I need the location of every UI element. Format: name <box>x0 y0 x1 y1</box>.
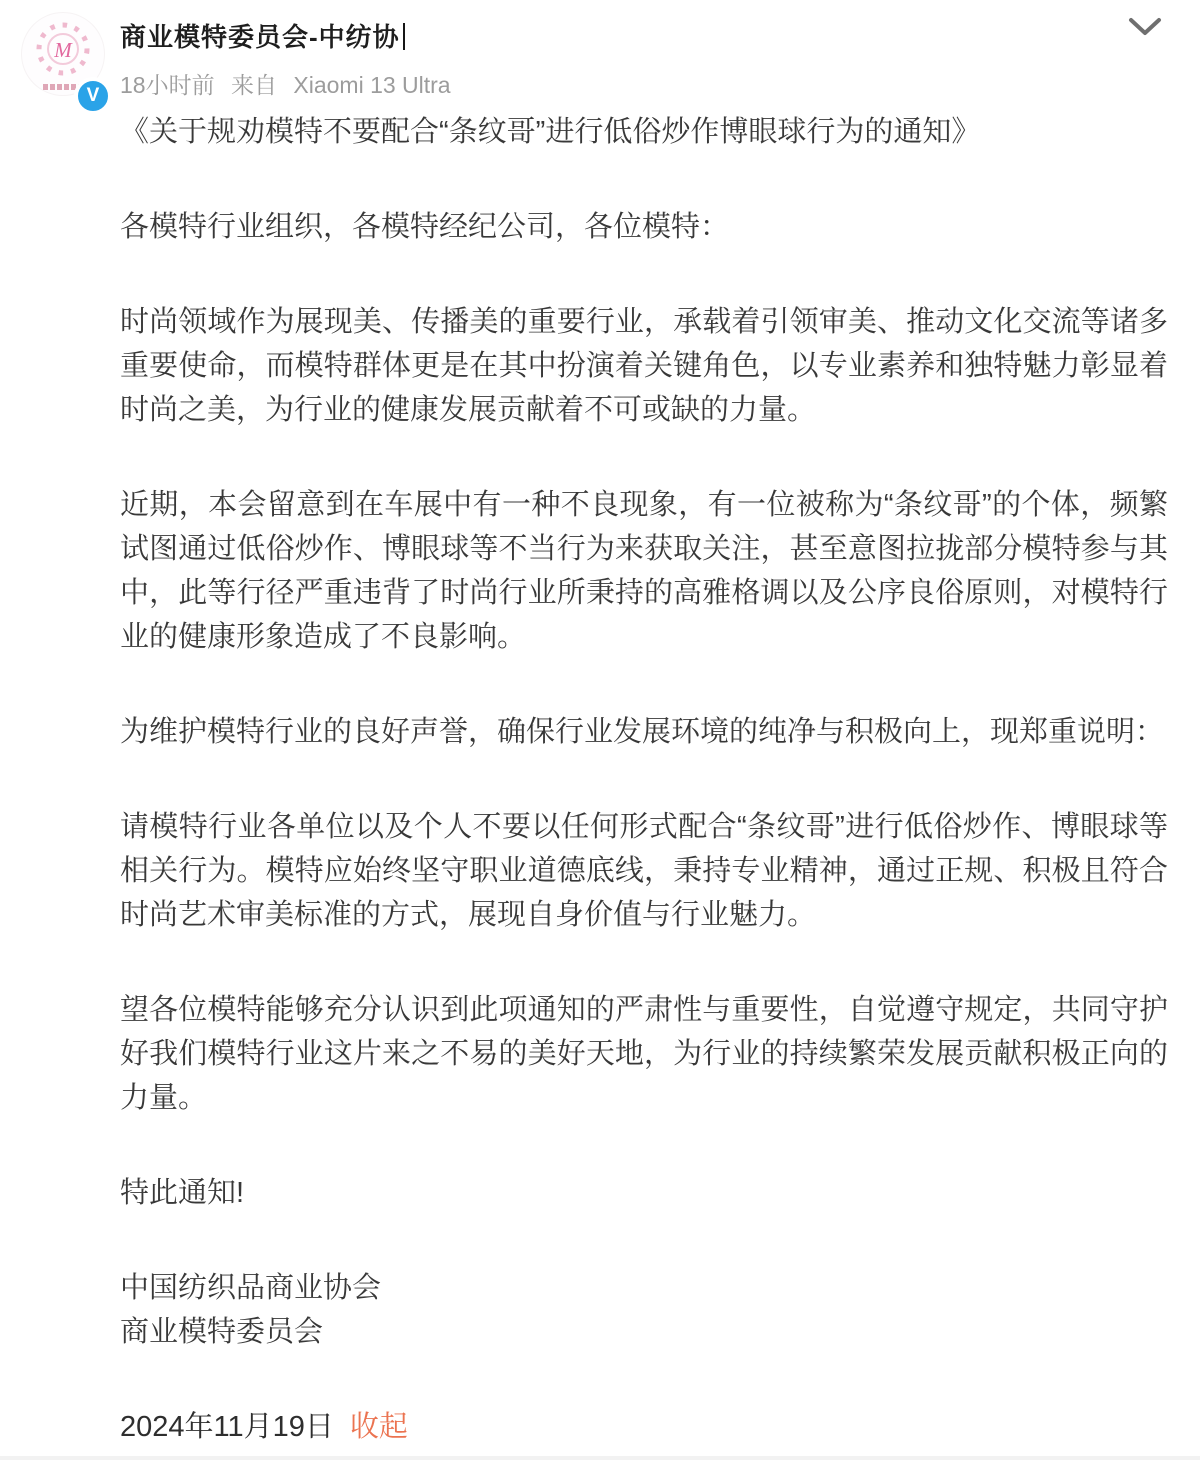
date-line: 2024年11月19日收起 <box>120 1405 1168 1449</box>
post-header: M V 商业模特委员会-中纺协 18小时前 来自 Xiaomi 13 Ultra <box>0 0 1200 110</box>
avatar-flower-logo: M <box>31 19 95 83</box>
username[interactable]: 商业模特委员会-中纺协 <box>120 17 405 54</box>
card-bottom-divider <box>0 1456 1200 1460</box>
source-label: 来自 <box>231 72 277 98</box>
chevron-down-icon[interactable] <box>1128 16 1162 38</box>
verified-badge-icon: V <box>74 77 112 115</box>
username-text: 商业模特委员会-中纺协 <box>120 22 400 52</box>
svg-text:M: M <box>53 38 73 62</box>
post-paragraph: 时尚领域作为展现美、传播美的重要行业，承载着引领审美、推动文化交流等诸多重要使命… <box>120 300 1168 432</box>
post-closing: 特此通知! <box>120 1171 1168 1215</box>
signature-org: 中国纺织品商业协会 <box>120 1266 1168 1310</box>
post-paragraph: 近期，本会留意到在车展中有一种不良现象，有一位被称为“条纹哥”的个体，频繁试图通… <box>120 483 1168 659</box>
post-title: 《关于规劝模特不要配合“条纹哥”进行低俗炒作博眼球行为的通知》 <box>120 110 1168 154</box>
signature-block: 中国纺织品商业协会 商业模特委员会 <box>120 1266 1168 1354</box>
post-paragraph: 为维护模特行业的良好声誉，确保行业发展环境的纯净与积极向上，现郑重说明： <box>120 710 1168 754</box>
text-cursor <box>403 23 405 50</box>
post-paragraph: 请模特行业各单位以及个人不要以任何形式配合“条纹哥”进行低俗炒作、博眼球等相关行… <box>120 805 1168 937</box>
signature-committee: 商业模特委员会 <box>120 1310 1168 1354</box>
post-date: 2024年11月19日 <box>120 1411 334 1443</box>
post-card: M V 商业模特委员会-中纺协 18小时前 来自 Xiaomi 13 Ultra… <box>0 0 1200 1465</box>
post-paragraph: 各模特行业组织，各模特经纪公司，各位模特： <box>120 205 1168 249</box>
source-device-link[interactable]: Xiaomi 13 Ultra <box>293 72 450 98</box>
post-time[interactable]: 18小时前 <box>120 72 215 98</box>
post-content: 《关于规劝模特不要配合“条纹哥”进行低俗炒作博眼球行为的通知》 各模特行业组织，… <box>120 110 1168 1449</box>
post-paragraph: 望各位模特能够充分认识到此项通知的严肃性与重要性，自觉遵守规定，共同守护好我们模… <box>120 988 1168 1120</box>
post-meta: 18小时前 来自 Xiaomi 13 Ultra <box>120 67 461 100</box>
collapse-link[interactable]: 收起 <box>350 1411 408 1443</box>
